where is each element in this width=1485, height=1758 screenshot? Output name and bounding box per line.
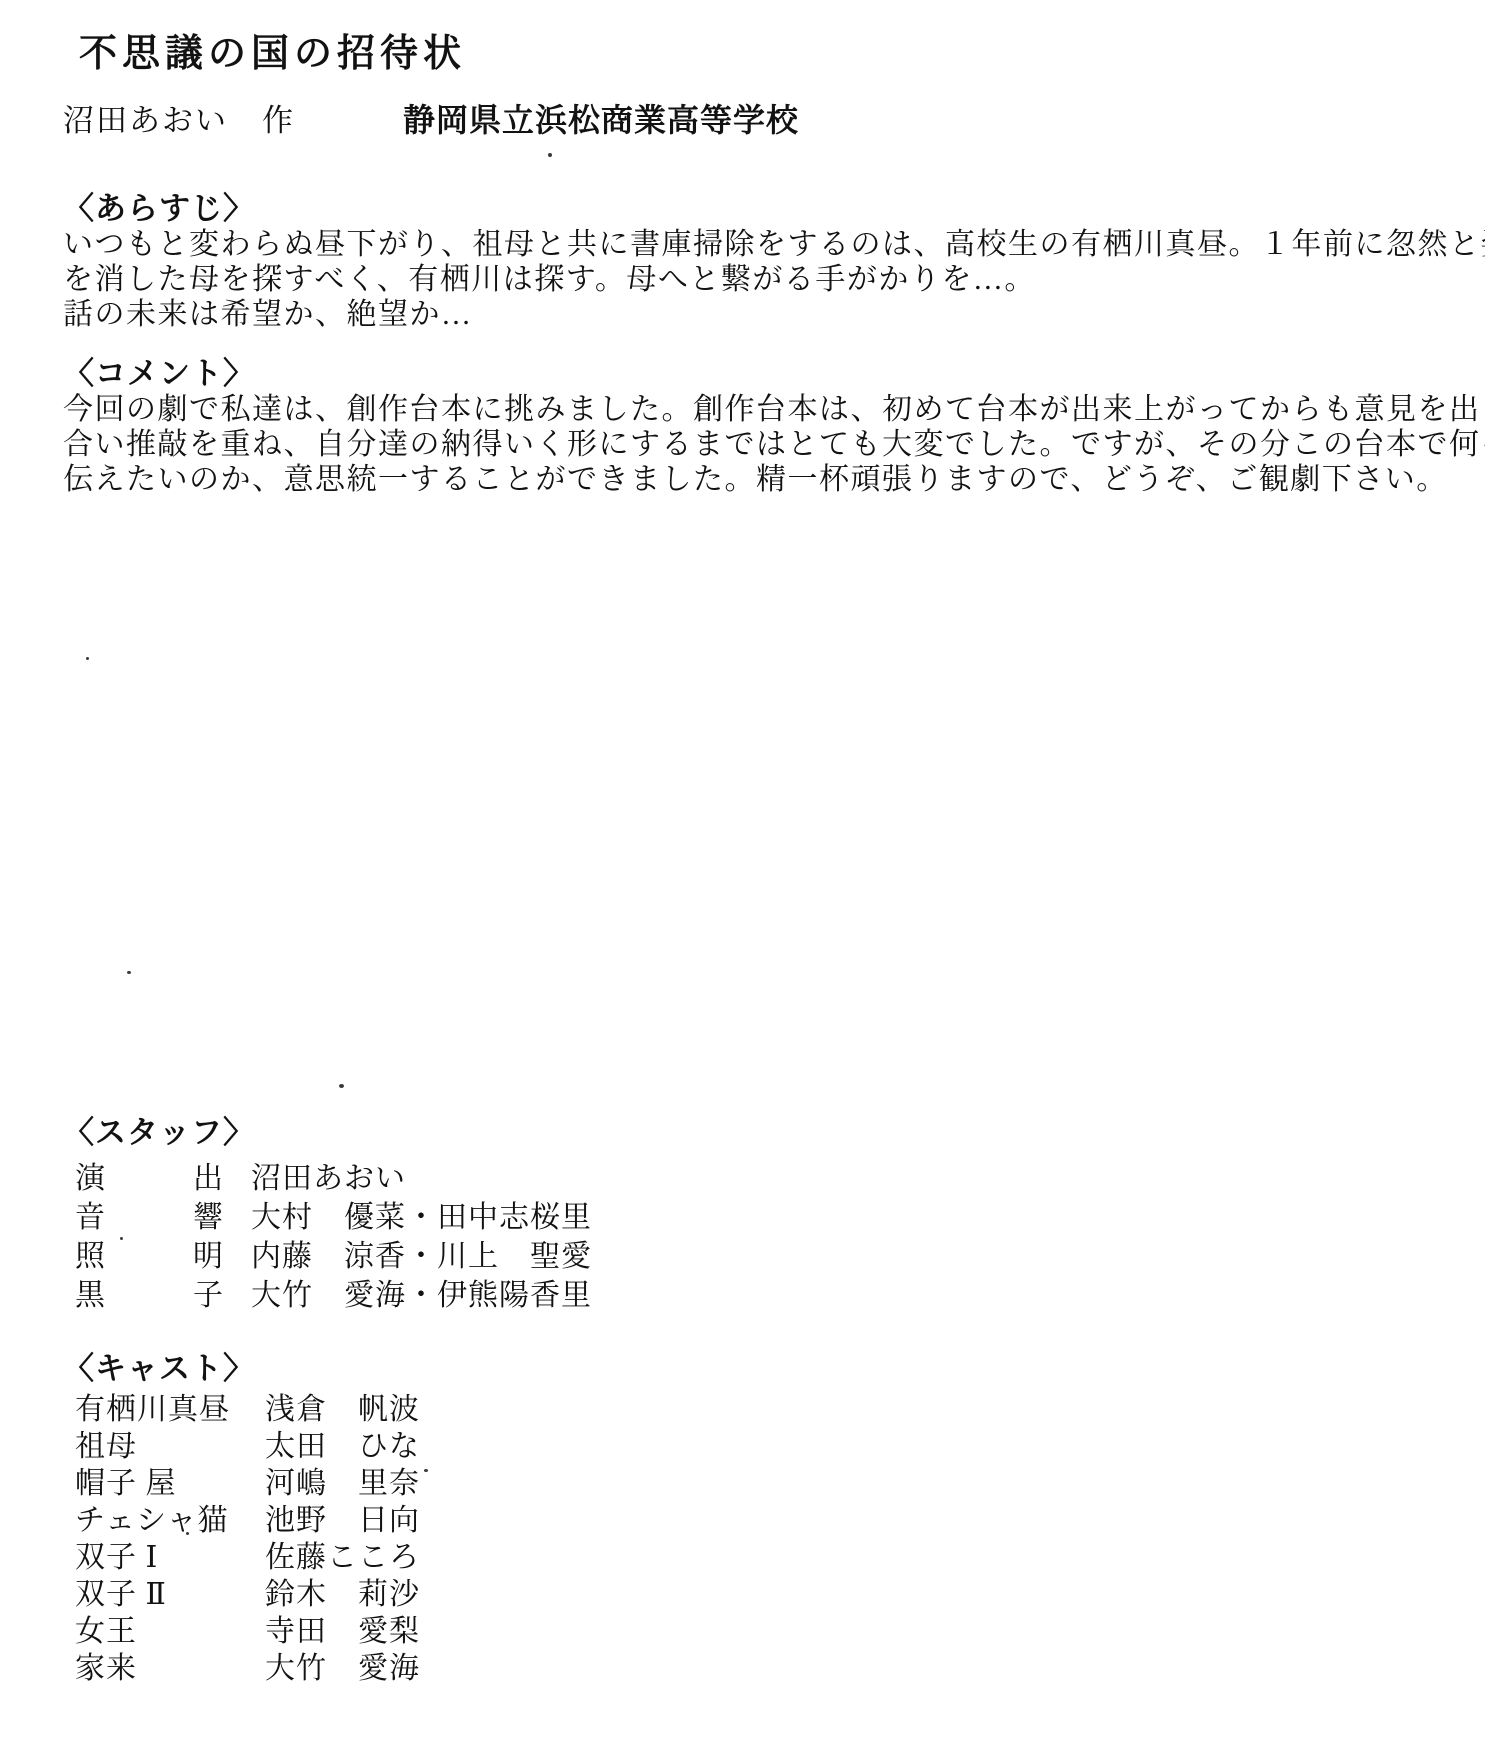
synopsis-line: いつもと変わらぬ昼下がり、祖母と共に書庫掃除をするのは、高校生の有栖川真昼。１年… — [63, 227, 1430, 262]
cast-actor: 河嶋 里奈 — [265, 1465, 420, 1502]
scan-speck — [548, 153, 552, 157]
cast-list: 有栖川真昼 浅倉 帆波 祖母 太田 ひな 帽子 屋 河嶋 里奈 チェシャ猫 池野… — [63, 1391, 1430, 1687]
cast-role: 帽子 屋 — [75, 1465, 265, 1502]
staff-names: 沼田あおい — [251, 1159, 406, 1198]
staff-row: 照明 内藤 涼香・川上 聖愛 — [63, 1237, 1430, 1276]
staff-row: 演出 沼田あおい — [63, 1159, 1430, 1198]
staff-role-char: 音 — [75, 1198, 105, 1237]
comment-line: 伝えたいのか、意思統一することができました。精一杯頑張りますので、どうぞ、ご観劇… — [63, 462, 1430, 497]
cast-actor: 鈴木 莉沙 — [265, 1576, 420, 1613]
cast-heading: 〈キャスト〉 — [63, 1351, 1430, 1387]
staff-names: 大村 優菜・田中志桜里 — [251, 1198, 592, 1237]
cast-role: 双子 Ⅰ — [75, 1539, 265, 1576]
staff-role: 音響 — [75, 1198, 223, 1237]
cast-actor: 大竹 愛海 — [265, 1650, 420, 1687]
comment-line: 合い推敲を重ね、自分達の納得いく形にするまではとても大変でした。ですが、その分こ… — [63, 427, 1430, 462]
staff-role: 黒子 — [75, 1276, 223, 1315]
document-page: 不思議の国の招待状 沼田あおい作静岡県立浜松商業高等学校 〈あらすじ〉 いつもと… — [0, 0, 1485, 1758]
staff-row: 音響 大村 優菜・田中志桜里 — [63, 1198, 1430, 1237]
comment-heading: 〈コメント〉 — [63, 356, 1430, 392]
cast-role: 家来 — [75, 1650, 265, 1687]
scan-speck — [127, 971, 131, 974]
cast-actor: 寺田 愛梨 — [265, 1613, 420, 1650]
cast-actor: 浅倉 帆波 — [265, 1391, 420, 1428]
cast-actor: 佐藤こころ — [265, 1539, 420, 1576]
cast-row: 女王 寺田 愛梨 — [75, 1613, 1430, 1650]
scan-speck — [339, 1084, 344, 1088]
cast-row: 双子 Ⅰ 佐藤こころ — [75, 1539, 1430, 1576]
cast-row: 双子 Ⅱ 鈴木 莉沙 — [75, 1576, 1430, 1613]
byline: 沼田あおい作静岡県立浜松商業高等学校 — [63, 100, 1430, 141]
cast-row: チェシャ猫 池野 日向 — [75, 1502, 1430, 1539]
staff-role: 演出 — [75, 1159, 223, 1198]
staff-role-char: 黒 — [75, 1276, 105, 1315]
staff-role-char: 出 — [193, 1159, 223, 1198]
cast-row: 家来 大竹 愛海 — [75, 1650, 1430, 1687]
synopsis-line: 話の未来は希望か、絶望か… — [63, 297, 1430, 332]
staff-role-char: 子 — [193, 1276, 223, 1315]
synopsis-line: を消した母を探すべく、有栖川は探す。母へと繋がる手がかりを…。 — [63, 262, 1430, 297]
play-title: 不思議の国の招待状 — [79, 32, 1430, 76]
scan-speck — [120, 1237, 123, 1240]
scan-speck — [86, 657, 89, 660]
staff-row: 黒子 大竹 愛海・伊熊陽香里 — [63, 1276, 1430, 1315]
cast-actor: 太田 ひな — [265, 1428, 420, 1465]
cast-actor: 池野 日向 — [265, 1502, 420, 1539]
school-name: 静岡県立浜松商業高等学校 — [403, 102, 799, 138]
cast-role: 祖母 — [75, 1428, 265, 1465]
cast-role: 有栖川真昼 — [75, 1391, 265, 1428]
cast-role: チェシャ猫 — [75, 1502, 265, 1539]
cast-role: 女王 — [75, 1613, 265, 1650]
cast-section: 〈キャスト〉 有栖川真昼 浅倉 帆波 祖母 太田 ひな 帽子 屋 河嶋 里奈 チ… — [63, 1351, 1430, 1687]
cast-row: 有栖川真昼 浅倉 帆波 — [75, 1391, 1430, 1428]
staff-role: 照明 — [75, 1237, 223, 1276]
comment-line: 今回の劇で私達は、創作台本に挑みました。創作台本は、初めて台本が出来上がってから… — [63, 392, 1430, 427]
staff-names: 内藤 涼香・川上 聖愛 — [251, 1237, 592, 1276]
staff-heading: 〈スタッフ〉 — [63, 1115, 1430, 1151]
cast-row: 帽子 屋 河嶋 里奈 — [75, 1465, 1430, 1502]
staff-list: 演出 沼田あおい 音響 大村 優菜・田中志桜里 照明 内藤 涼香・川上 聖愛 黒… — [63, 1159, 1430, 1315]
staff-role-char: 演 — [75, 1159, 105, 1198]
staff-role-char: 照 — [75, 1237, 105, 1276]
author-role-label: 作 — [262, 103, 295, 138]
staff-section: 〈スタッフ〉 演出 沼田あおい 音響 大村 優菜・田中志桜里 照明 内藤 涼香・… — [63, 1115, 1430, 1315]
comment-section: 〈コメント〉 今回の劇で私達は、創作台本に挑みました。創作台本は、初めて台本が出… — [63, 356, 1430, 497]
scan-speck — [186, 1532, 189, 1535]
scan-speck — [424, 1469, 428, 1472]
synopsis-section: 〈あらすじ〉 いつもと変わらぬ昼下がり、祖母と共に書庫掃除をするのは、高校生の有… — [63, 191, 1430, 332]
staff-role-char: 明 — [193, 1237, 223, 1276]
staff-role-char: 響 — [193, 1198, 223, 1237]
author-name: 沼田あおい — [63, 103, 228, 138]
cast-role: 双子 Ⅱ — [75, 1576, 265, 1613]
cast-row: 祖母 太田 ひな — [75, 1428, 1430, 1465]
synopsis-heading: 〈あらすじ〉 — [63, 191, 1430, 227]
staff-names: 大竹 愛海・伊熊陽香里 — [251, 1276, 592, 1315]
